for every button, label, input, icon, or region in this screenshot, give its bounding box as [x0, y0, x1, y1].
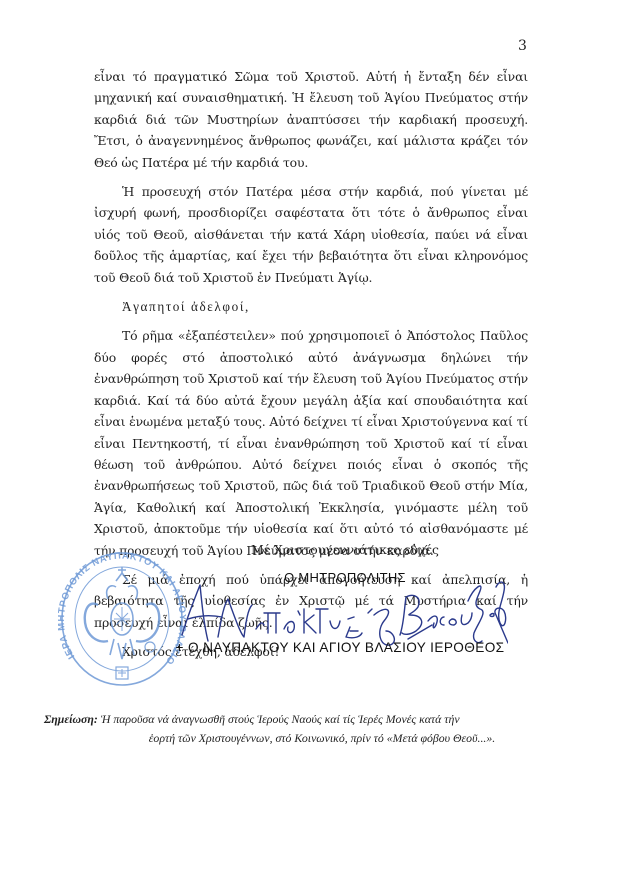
paragraph-continuation: εἶναι τό πραγματικό Σῶμα τοῦ Χριστοῦ. Αὐ… — [94, 66, 528, 173]
note-line-2: ἑορτή τῶν Χριστουγέννων, στό Κοινωνικό, … — [44, 729, 580, 748]
metropolis-seal-stamp-icon: ΙΕΡΑ ΜΗΤΡΟΠΟΛΙΣ ΝΑΥΠΑΚΤΟΥ ΚΑΙ ΑΓΙΟΥ ΒΛΑΣ… — [58, 543, 186, 689]
signatory-title: Ο ΜΗΤΡΟΠΟΛΙΤΗΣ — [180, 570, 510, 585]
page-number: 3 — [518, 38, 527, 54]
note-label: Σημείωση: — [44, 712, 98, 726]
closing-wishes: Μέ Χριστουγεννιάτικες εὐχές — [180, 542, 510, 557]
greeting: Ἀγαπητοί ἀδελφοί, — [94, 296, 528, 317]
signatory-name: + Ο ΝΑΥΠΑΚΤΟΥ ΚΑΙ ΑΓΙΟΥ ΒΛΑΣΙΟΥ ΙΕΡΟΘΕΟΣ — [150, 640, 530, 655]
paragraph-exapesteilen: Τό ρῆμα «ἐξαπέστειλεν» πού χρησιμοποιεῖ … — [94, 325, 528, 560]
handwritten-signature — [178, 575, 508, 650]
note-line-1: Ἡ παροῦσα νά ἀναγνωσθῆ στούς Ἱερούς Ναού… — [101, 712, 460, 726]
reading-note: Σημείωση: Ἡ παροῦσα νά ἀναγνωσθῆ στούς Ἱ… — [44, 710, 580, 748]
paragraph-prayer: Ἡ προσευχή στόν Πατέρα μέσα στήν καρδιά,… — [94, 181, 528, 288]
